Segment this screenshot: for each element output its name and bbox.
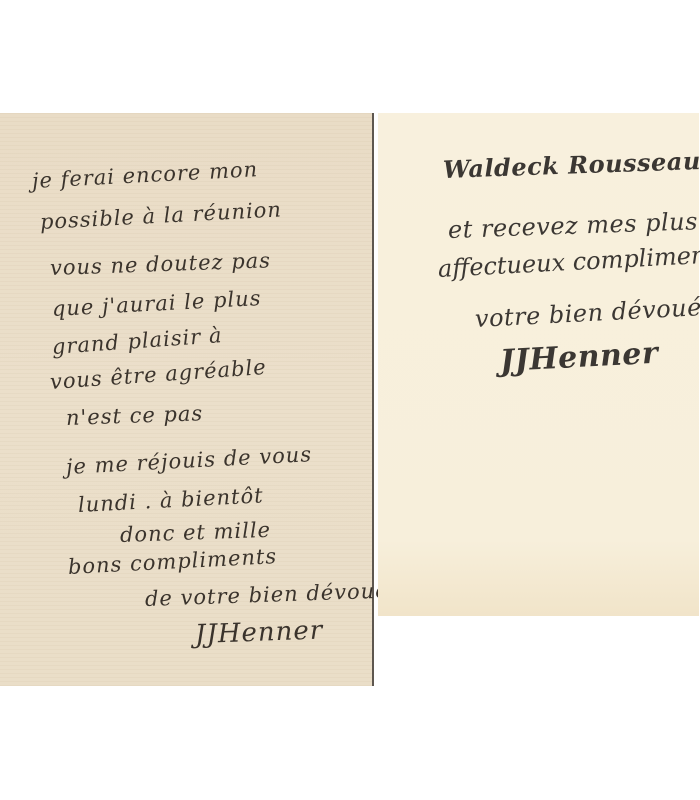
handwritten-line: Waldeck Rousseau bbox=[442, 146, 700, 184]
handwritten-line: je me réjouis de vous bbox=[65, 442, 312, 479]
letter-left-sheet: je ferai encore mon possible à la réunio… bbox=[0, 113, 374, 686]
letter-right-sheet: Waldeck Rousseau et recevez mes plus aff… bbox=[378, 113, 699, 616]
handwritten-line: votre bien dévoué bbox=[474, 293, 700, 333]
handwritten-line: possible à la réunion bbox=[39, 197, 282, 234]
signature: JJHenner bbox=[499, 336, 659, 379]
handwritten-line: affectueux compliments bbox=[437, 240, 700, 283]
handwritten-line: vous ne doutez pas bbox=[50, 248, 272, 280]
handwritten-line: vous être agréable bbox=[49, 355, 267, 394]
handwritten-line: lundi . à bientôt bbox=[77, 483, 264, 517]
handwritten-line: bons compliments bbox=[67, 544, 277, 579]
handwritten-line: de votre bien dévoué bbox=[145, 579, 389, 611]
handwritten-line: n'est ce pas bbox=[66, 401, 204, 430]
signature: JJHenner bbox=[194, 616, 323, 650]
handwritten-line: que j'aurai le plus bbox=[51, 286, 262, 321]
handwritten-line: grand plaisir à bbox=[51, 323, 223, 359]
handwritten-line: et recevez mes plus bbox=[448, 207, 699, 244]
handwritten-line: je ferai encore mon bbox=[31, 157, 258, 193]
handwritten-line: donc et mille bbox=[120, 518, 272, 547]
